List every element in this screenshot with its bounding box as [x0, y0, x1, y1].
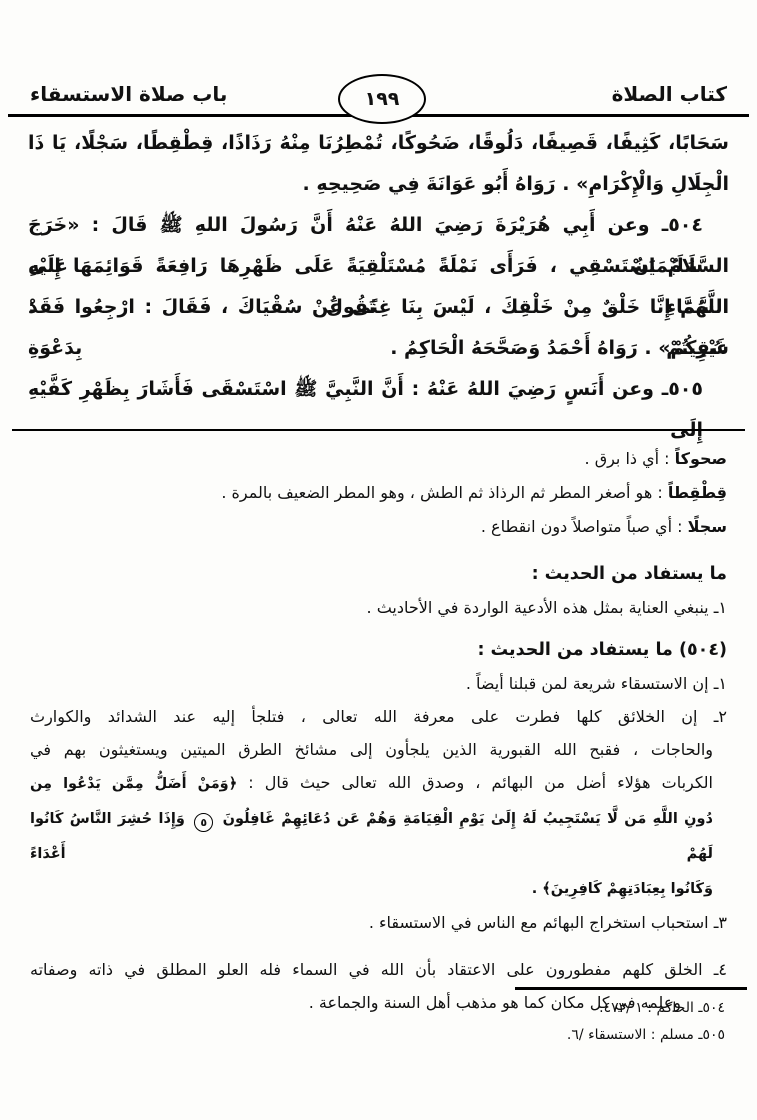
hadith-number-505: ٥٠٥ـ وعن: [612, 378, 703, 400]
quran-verse-line-2: دُونِ اللَّهِ مَن لَّا يَسْتَجِيبُ لَهُ …: [30, 801, 727, 871]
benefits-heading-504: (٥٠٤) ما يستفاد من الحديث :: [30, 634, 727, 667]
gloss-term-3: سجلًا: [688, 517, 727, 536]
gloss-term-1: صحوكاً: [675, 449, 727, 468]
matn-line-3: ٥٠٤ـ وعن أَبِي هُرَيْرَةَ رَضِيَ اللهُ ع…: [28, 205, 729, 246]
text-separator-rule: [12, 429, 745, 431]
matn-line-7: ٥٠٥ـ وعن أَنَسٍ رَضِيَ اللهُ عَنْهُ : أَ…: [28, 369, 729, 410]
matn-line-4: السَّلَامُ يَسْتَسْقِي ، فَرَأَى نَمْلَة…: [28, 246, 729, 287]
ayah-number-badge: ٥: [194, 813, 213, 832]
benefit-general-item-1: ١ـ ينبغي العناية بمثل هذه الأدعية الوارد…: [30, 591, 727, 624]
quran-verse-line-2a: دُونِ اللَّهِ مَن لَّا يَسْتَجِيبُ لَهُ …: [216, 811, 713, 827]
gloss-entry-2: قِطْقِطاً : هو أصغر المطر ثم الرذاذ ثم ا…: [30, 476, 727, 510]
gloss-definition-1: : أي ذا برق .: [585, 449, 675, 468]
benefit-504-item-2-line-2: والحاجات ، فقبح الله القبورية الذين يلجأ…: [30, 733, 727, 766]
matn-line-2: الْجِلَالِ وَالْإِكْرَامِ» . رَوَاهُ أَب…: [28, 164, 729, 205]
book-title: كتاب الصلاة: [612, 82, 727, 106]
quote-intro: الكربات هؤلاء أضل من البهائم ، وصدق الله…: [237, 773, 713, 792]
gloss-entry-1: صحوكاً : أي ذا برق .: [30, 442, 727, 476]
hadith-number-504: ٥٠٤ـ وعن: [608, 214, 703, 236]
page-number-badge: ١٩٩: [338, 74, 426, 124]
gloss-definition-2: : هو أصغر المطر ثم الرذاذ ثم الطش ، وهو …: [221, 483, 667, 502]
footnote-505: ٥٠٥ـ مسلم : الاستسقاء /٦.: [32, 1022, 725, 1049]
gloss-entry-3: سجلًا : أي صباً متواصلاً دون انقطاع .: [30, 510, 727, 544]
benefit-504-item-3: ٣ـ استحباب استخراج البهائم مع الناس في ا…: [30, 906, 727, 939]
chapter-title: باب صلاة الاستسقاء: [30, 82, 227, 106]
quran-verse-line-1: ﴿وَمَنْ أَضَلُّ مِمَّن يَدْعُوا مِن: [30, 776, 237, 792]
footnotes-block: ٥٠٤ـ الحاكم : ١ /٤٧٣. ٥٠٥ـ مسلم : الاستس…: [32, 995, 725, 1049]
hadith-text-block: سَحَابًا، كَثِيفًا، قَصِيفًا، دَلُوقًا، …: [28, 123, 729, 410]
matn-line-5: اللَّهُمَّ إِنَّا خَلْقٌ مِنْ خَلْقِكَ ،…: [28, 287, 729, 328]
footnote-rule: [515, 987, 747, 990]
matn-line-1: سَحَابًا، كَثِيفًا، قَصِيفًا، دَلُوقًا، …: [28, 123, 729, 164]
footnote-504: ٥٠٤ـ الحاكم : ١ /٤٧٣.: [32, 995, 725, 1022]
benefit-504-item-4-line-1: ٤ـ الخلق كلهم مفطورون على الاعتقاد بأن ا…: [30, 953, 727, 986]
gloss-term-2: قِطْقِطاً: [668, 483, 727, 502]
benefits-heading-general: ما يستفاد من الحديث :: [30, 558, 727, 591]
benefit-504-item-1: ١ـ إن الاستسقاء شريعة لمن قبلنا أيضاً .: [30, 667, 727, 700]
commentary-block: صحوكاً : أي ذا برق . قِطْقِطاً : هو أصغر…: [30, 442, 727, 1019]
gloss-definition-3: : أي صباً متواصلاً دون انقطاع .: [481, 517, 688, 536]
benefit-504-item-2-line-1: ٢ـ إن الخلائق كلها فطرت على معرفة الله ت…: [30, 700, 727, 733]
page-number: ١٩٩: [365, 88, 400, 110]
book-page: كتاب الصلاة باب صلاة الاستسقاء ١٩٩ سَحَا…: [0, 0, 757, 1120]
quran-verse-line-3: وَكَانُوا بِعِبَادَتِهِمْ كَافِرِينَ﴾ .: [30, 871, 727, 906]
matn-line-7-text: أَنَسٍ رَضِيَ اللهُ عَنْهُ : أَنَّ النَّ…: [28, 378, 703, 441]
benefit-504-item-2-line-3: الكربات هؤلاء أضل من البهائم ، وصدق الله…: [30, 766, 727, 801]
